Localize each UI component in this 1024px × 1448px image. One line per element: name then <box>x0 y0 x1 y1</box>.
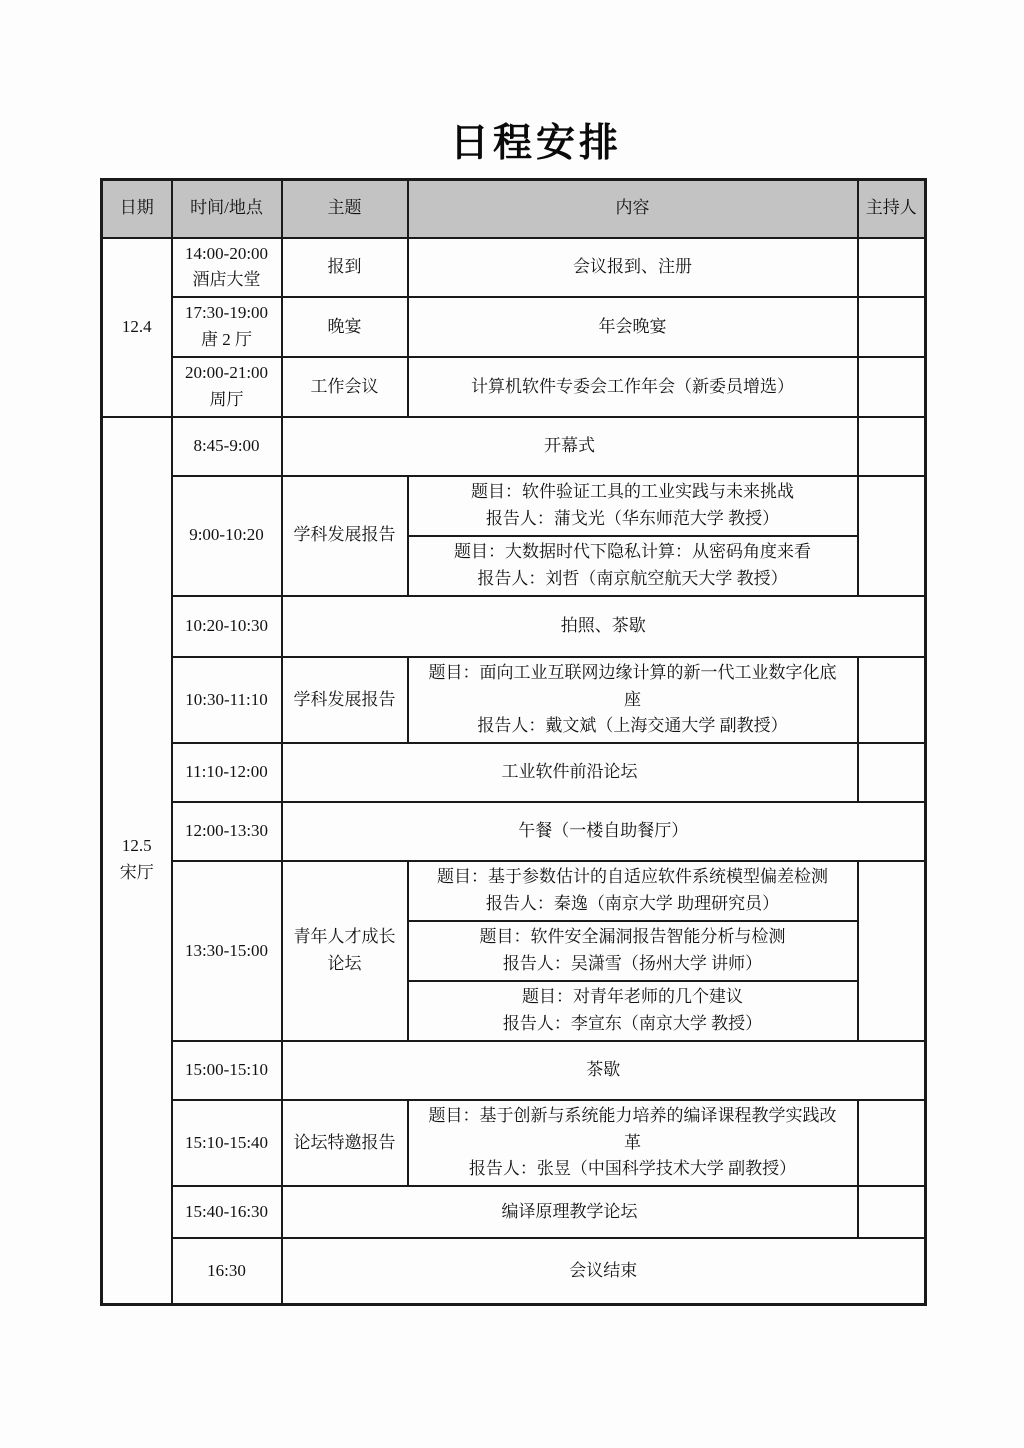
time-cell: 15:00-15:10 <box>172 1041 282 1100</box>
theme-cell: 学科发展报告 <box>282 657 408 744</box>
time-cell: 17:30-19:00 唐 2 厅 <box>172 297 282 357</box>
content-cell: 会议报到、注册 <box>408 238 858 298</box>
theme-cell: 论坛特邀报告 <box>282 1100 408 1187</box>
host-cell <box>858 1186 926 1238</box>
header-host: 主持人 <box>858 180 926 238</box>
time-cell: 11:10-12:00 <box>172 743 282 802</box>
table-row: 9:00-10:20 学科发展报告 题目：软件验证工具的工业实践与未来挑战 报告… <box>102 476 926 536</box>
talk-cell: 题目：基于创新与系统能力培养的编译课程教学实践改 革 报告人：张昱（中国科学技术… <box>408 1100 858 1187</box>
header-row: 日期 时间/地点 主题 内容 主持人 <box>102 180 926 238</box>
theme-cell: 工作会议 <box>282 357 408 417</box>
talk-cell: 题目：面向工业互联网边缘计算的新一代工业数字化底 座 报告人：戴文斌（上海交通大… <box>408 657 858 744</box>
talk-cell: 题目：软件验证工具的工业实践与未来挑战 报告人：蒲戈光（华东师范大学 教授） <box>408 476 858 536</box>
table-row: 17:30-19:00 唐 2 厅 晚宴 年会晚宴 <box>102 297 926 357</box>
time-cell: 14:00-20:00 酒店大堂 <box>172 238 282 298</box>
content-cell: 茶歇 <box>282 1041 926 1100</box>
time-cell: 13:30-15:00 <box>172 861 282 1040</box>
table-row: 12.5 宋厅 8:45-9:00 开幕式 <box>102 417 926 476</box>
time-cell: 10:30-11:10 <box>172 657 282 744</box>
host-cell <box>858 861 926 1040</box>
talk-cell: 题目：大数据时代下隐私计算：从密码角度来看 报告人：刘哲（南京航空航天大学 教授… <box>408 536 858 596</box>
time-cell: 20:00-21:00 周厅 <box>172 357 282 417</box>
time-cell: 9:00-10:20 <box>172 476 282 596</box>
date-cell: 12.5 宋厅 <box>102 417 172 1304</box>
table-row: 10:20-10:30 拍照、茶歇 <box>102 596 926 657</box>
content-cell: 工业软件前沿论坛 <box>282 743 858 802</box>
table-row: 16:30 会议结束 <box>102 1238 926 1304</box>
date-cell: 12.4 <box>102 238 172 417</box>
host-cell <box>858 357 926 417</box>
time-cell: 12:00-13:30 <box>172 802 282 861</box>
theme-cell: 青年人才成长 论坛 <box>282 861 408 1040</box>
table-row: 15:40-16:30 编译原理教学论坛 <box>102 1186 926 1238</box>
schedule-table: 日期 时间/地点 主题 内容 主持人 12.4 14:00-20:00 酒店大堂… <box>100 178 927 1306</box>
talk-cell: 题目：对青年老师的几个建议 报告人：李宣东（南京大学 教授） <box>408 981 858 1041</box>
time-cell: 15:10-15:40 <box>172 1100 282 1187</box>
table-row: 20:00-21:00 周厅 工作会议 计算机软件专委会工作年会（新委员增选） <box>102 357 926 417</box>
content-cell: 编译原理教学论坛 <box>282 1186 858 1238</box>
header-content: 内容 <box>408 180 858 238</box>
time-cell: 15:40-16:30 <box>172 1186 282 1238</box>
host-cell <box>858 743 926 802</box>
table-row: 12:00-13:30 午餐（一楼自助餐厅） <box>102 802 926 861</box>
theme-cell: 学科发展报告 <box>282 476 408 596</box>
header-date: 日期 <box>102 180 172 238</box>
time-cell: 8:45-9:00 <box>172 417 282 476</box>
theme-cell: 晚宴 <box>282 297 408 357</box>
table-row: 12.4 14:00-20:00 酒店大堂 报到 会议报到、注册 <box>102 238 926 298</box>
header-time-location: 时间/地点 <box>172 180 282 238</box>
talk-cell: 题目：基于参数估计的自适应软件系统模型偏差检测 报告人：秦逸（南京大学 助理研究… <box>408 861 858 921</box>
host-cell <box>858 657 926 744</box>
table-row: 11:10-12:00 工业软件前沿论坛 <box>102 743 926 802</box>
time-cell: 10:20-10:30 <box>172 596 282 657</box>
header-theme: 主题 <box>282 180 408 238</box>
host-cell <box>858 1100 926 1187</box>
host-cell <box>858 476 926 596</box>
page-title: 日程安排 <box>24 124 1024 165</box>
talk-cell: 题目：软件安全漏洞报告智能分析与检测 报告人：吴潇雪（扬州大学 讲师） <box>408 921 858 981</box>
table-row: 13:30-15:00 青年人才成长 论坛 题目：基于参数估计的自适应软件系统模… <box>102 861 926 921</box>
content-cell: 开幕式 <box>282 417 858 476</box>
content-cell: 会议结束 <box>282 1238 926 1304</box>
table-row: 15:00-15:10 茶歇 <box>102 1041 926 1100</box>
table-row: 10:30-11:10 学科发展报告 题目：面向工业互联网边缘计算的新一代工业数… <box>102 657 926 744</box>
table-row: 15:10-15:40 论坛特邀报告 题目：基于创新与系统能力培养的编译课程教学… <box>102 1100 926 1187</box>
time-cell: 16:30 <box>172 1238 282 1304</box>
content-cell: 拍照、茶歇 <box>282 596 926 657</box>
content-cell: 计算机软件专委会工作年会（新委员增选） <box>408 357 858 417</box>
host-cell <box>858 238 926 298</box>
host-cell <box>858 417 926 476</box>
content-cell: 年会晚宴 <box>408 297 858 357</box>
theme-cell: 报到 <box>282 238 408 298</box>
content-cell: 午餐（一楼自助餐厅） <box>282 802 926 861</box>
document-page: 日程安排 日期 时间/地点 主题 内容 主持人 12.4 14:00-20:00… <box>0 0 1024 1448</box>
host-cell <box>858 297 926 357</box>
